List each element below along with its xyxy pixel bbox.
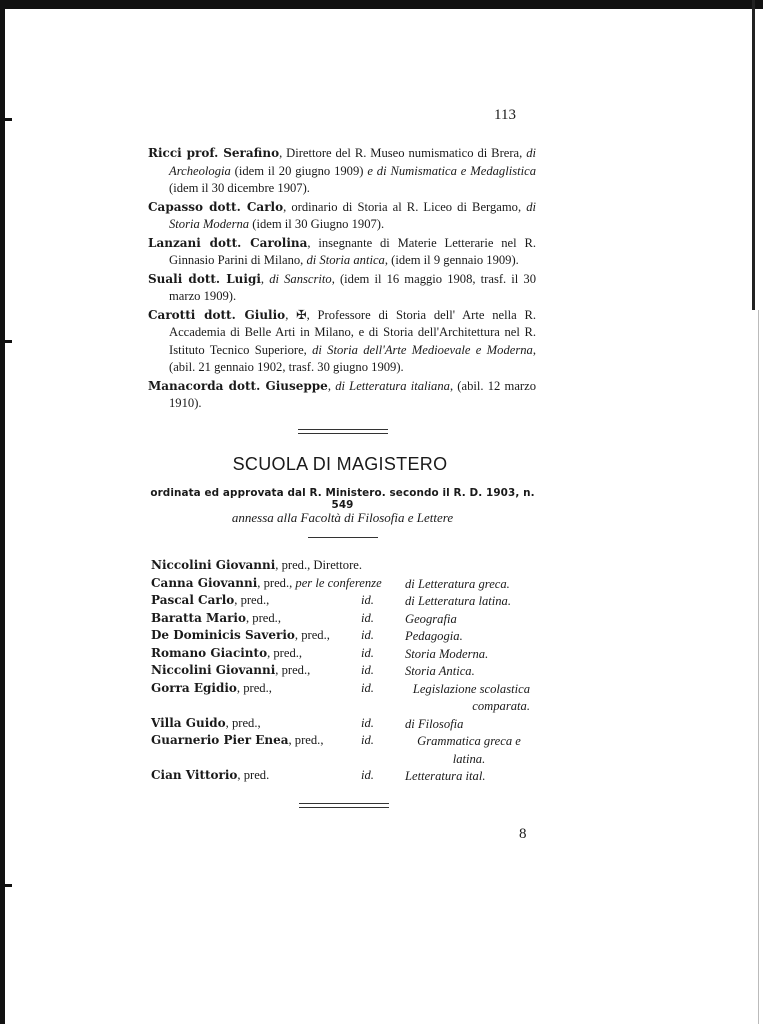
staff-name: Gorra Egidio	[151, 681, 237, 695]
entry-name: Manacorda dott. Giuseppe	[148, 379, 328, 393]
entry-text: , Direttore del R. Museo numismatico di …	[279, 146, 526, 160]
entry-name: Ricci prof. Serafino	[148, 146, 279, 160]
staff-role: , pred.,	[257, 576, 295, 590]
staff-row: Baratta Mario, pred., id. Geografia	[151, 611, 541, 629]
staff-role: , pred.,	[226, 716, 261, 730]
staff-role: , pred.,	[267, 646, 302, 660]
entry-subject: di Letteratura italiana	[335, 379, 450, 393]
entry-text: ,	[261, 272, 269, 286]
page-number: 113	[494, 107, 516, 124]
staff-name: Niccolini Giovanni	[151, 663, 275, 677]
faculty-entry: Lanzani dott. Carolina, insegnante di Ma…	[148, 235, 536, 270]
staff-name: Guarnerio Pier Enea	[151, 733, 289, 747]
faculty-entry: Capasso dott. Carlo, ordinario di Storia…	[148, 199, 536, 234]
staff-role: , pred.,	[246, 611, 281, 625]
staff-name: Cian Vittorio	[151, 768, 237, 782]
entry-text: (idem il 20 giugno 1909)	[231, 164, 368, 178]
staff-role: , pred.,	[289, 733, 324, 747]
staff-row: Canna Giovanni, pred., per le conferenze…	[151, 576, 541, 594]
section-title-text: SCUOLA DI MAGISTERO	[233, 454, 448, 475]
staff-subject: di Filosofia	[405, 716, 537, 734]
staff-role: , pred.,	[275, 663, 310, 677]
scan-mark	[0, 340, 12, 343]
section-title: SCUOLA DI MAGISTERO	[0, 454, 680, 475]
entry-text: , ordinario di Storia al R. Liceo di Ber…	[283, 200, 526, 214]
staff-role: , pred.,	[295, 628, 330, 642]
staff-id: id.	[361, 628, 374, 643]
staff-name: De Dominicis Saverio	[151, 628, 295, 642]
staff-role: , pred.,	[234, 593, 269, 607]
staff-name: Romano Giacinto	[151, 646, 267, 660]
faculty-entry: Carotti dott. Giulio, ✠, Professore di S…	[148, 307, 536, 377]
staff-subject: Letteratura ital.	[405, 768, 537, 786]
entry-name: Lanzani dott. Carolina	[148, 236, 307, 250]
entry-subject: di Storia dell'Arte Medioevale e Moderna	[312, 343, 533, 357]
staff-name: Canna Giovanni	[151, 576, 257, 590]
staff-id: id.	[361, 593, 374, 608]
staff-name: Pascal Carlo	[151, 593, 234, 607]
faculty-entries: Ricci prof. Serafino, Direttore del R. M…	[148, 145, 536, 414]
staff-id: id.	[361, 716, 374, 731]
faculty-entry: Manacorda dott. Giuseppe, di Letteratura…	[148, 378, 536, 413]
staff-id: id.	[361, 768, 374, 783]
scan-border-top	[0, 0, 763, 9]
staff-subject: Geografia	[405, 611, 537, 629]
staff-row: De Dominicis Saverio, pred., id. Pedagog…	[151, 628, 541, 646]
staff-id: id.	[361, 611, 374, 626]
staff-note: per le conferenze	[295, 576, 381, 590]
faculty-entry: Suali dott. Luigi, di Sanscrito, (idem i…	[148, 271, 536, 306]
scan-mark	[0, 118, 12, 121]
staff-row: Pascal Carlo, pred., id. di Letteratura …	[151, 593, 541, 611]
divider-rule	[308, 537, 378, 539]
staff-role: , pred.	[237, 768, 269, 782]
staff-row: Cian Vittorio, pred. id. Letteratura ita…	[151, 768, 541, 786]
staff-row: Romano Giacinto, pred., id. Storia Moder…	[151, 646, 541, 664]
entry-text: (idem il 30 Giugno 1907).	[249, 217, 384, 231]
staff-name: Villa Guido	[151, 716, 226, 730]
scan-border-right	[752, 0, 755, 310]
staff-role: , pred.,	[237, 681, 272, 695]
entry-name: Capasso dott. Carlo	[148, 200, 283, 214]
divider-rule	[298, 429, 388, 434]
staff-subject: di Letteratura greca.	[405, 576, 555, 594]
staff-id: id.	[361, 733, 374, 748]
section-annex: annessa alla Facoltà di Filosofia e Lett…	[145, 510, 540, 526]
staff-subject: Grammatica greca e latina.	[405, 733, 533, 768]
staff-id: id.	[361, 663, 374, 678]
entry-subject: di Storia antica	[306, 253, 384, 267]
staff-id: id.	[361, 646, 374, 661]
entry-text: , (idem il 9 gennaio 1909).	[385, 253, 519, 267]
entry-name: Carotti dott. Giulio	[148, 308, 285, 322]
section-subtitle: ordinata ed approvata dal R. Ministero. …	[145, 487, 540, 511]
entry-subject: di Sanscrito	[269, 272, 332, 286]
signature-mark: 8	[519, 826, 527, 843]
staff-list: Niccolini Giovanni, pred., Direttore. Ca…	[151, 558, 541, 786]
staff-row: Guarnerio Pier Enea, pred., id. Grammati…	[151, 733, 541, 768]
staff-subject: Pedagogia.	[405, 628, 537, 646]
entry-subject: e di Numismatica e Medaglistica	[367, 164, 536, 178]
scan-border-left	[0, 0, 5, 1024]
scan-border-right-faint	[758, 310, 759, 1024]
staff-subject: Storia Moderna.	[405, 646, 537, 664]
staff-row: Gorra Egidio, pred., id. Legislazione sc…	[151, 681, 541, 716]
divider-rule	[299, 803, 389, 808]
staff-row: Villa Guido, pred., id. di Filosofia	[151, 716, 541, 734]
faculty-entry: Ricci prof. Serafino, Direttore del R. M…	[148, 145, 536, 198]
staff-subject: Storia Antica.	[405, 663, 537, 681]
scan-mark	[0, 884, 12, 887]
staff-subject: di Letteratura latina.	[405, 593, 537, 611]
staff-id: id.	[361, 681, 374, 696]
staff-name: Niccolini Giovanni	[151, 558, 275, 572]
staff-subject: Legislazione scolastica comparata.	[405, 681, 530, 716]
staff-name: Baratta Mario	[151, 611, 246, 625]
staff-row: Niccolini Giovanni, pred., id. Storia An…	[151, 663, 541, 681]
entry-name: Suali dott. Luigi	[148, 272, 261, 286]
staff-row: Niccolini Giovanni, pred., Direttore.	[151, 558, 541, 576]
staff-role: , pred., Direttore.	[275, 558, 362, 572]
entry-text: (idem il 30 dicembre 1907).	[169, 181, 310, 195]
